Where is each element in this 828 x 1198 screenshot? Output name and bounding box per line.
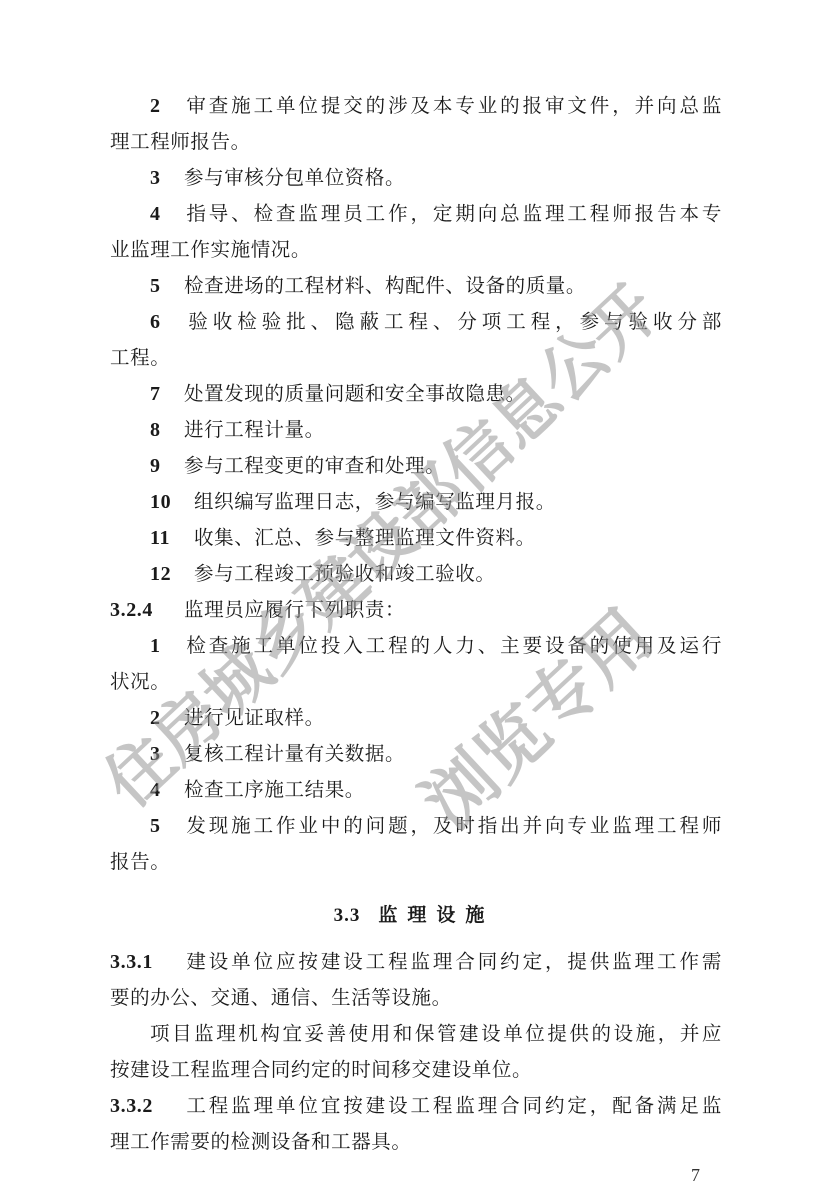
list-item: 1检查施工单位投入工程的人力、主要设备的使用及运行 <box>150 634 722 658</box>
list-item: 10组织编写监理日志，参与编写监理月报。 <box>150 490 722 514</box>
section-heading: 3.3监理设施 <box>0 900 828 927</box>
list-item: 5发现施工作业中的问题，及时指出并向专业监理工程师 <box>150 814 722 838</box>
list-item: 5检查进场的工程材料、构配件、设备的质量。 <box>150 274 722 298</box>
document-page: 2审查施工单位提交的涉及本专业的报审文件，并向总监 理工程师报告。 3参与审核分… <box>0 0 828 1198</box>
list-item: 3参与审核分包单位资格。 <box>150 166 722 190</box>
clause-3-3-1: 3.3.1建设单位应按建设工程监理合同约定，提供监理工作需 <box>110 950 722 974</box>
list-item: 2进行见证取样。 <box>150 706 722 730</box>
paragraph-continuation: 按建设工程监理合同约定的时间移交建设单位。 <box>110 1058 722 1082</box>
list-item-continuation: 报告。 <box>110 850 722 874</box>
list-item: 9参与工程变更的审查和处理。 <box>150 454 722 478</box>
clause-continuation: 要的办公、交通、通信、生活等设施。 <box>110 986 722 1010</box>
list-item: 7处置发现的质量问题和安全事故隐患。 <box>150 382 722 406</box>
list-item: 3复核工程计量有关数据。 <box>150 742 722 766</box>
paragraph: 项目监理机构宜妥善使用和保管建设单位提供的设施，并应 <box>150 1022 722 1046</box>
clause-3-3-2: 3.3.2工程监理单位宜按建设工程监理合同约定，配备满足监 <box>110 1094 722 1118</box>
list-item: 11收集、汇总、参与整理监理文件资料。 <box>150 526 722 550</box>
clause-3-2-4: 3.2.4监理员应履行下列职责： <box>110 598 722 622</box>
list-item-continuation: 工程。 <box>110 346 722 370</box>
list-item: 8进行工程计量。 <box>150 418 722 442</box>
page-number: 7 <box>691 1165 700 1186</box>
list-item: 4指导、检查监理员工作，定期向总监理工程师报告本专 <box>150 202 722 226</box>
list-item-continuation: 业监理工作实施情况。 <box>110 238 722 262</box>
list-item-continuation: 状况。 <box>110 670 722 694</box>
list-item: 6验收检验批、隐蔽工程、分项工程，参与验收分部 <box>150 310 722 334</box>
clause-continuation: 理工作需要的检测设备和工器具。 <box>110 1130 722 1154</box>
list-item: 4检查工序施工结果。 <box>150 778 722 802</box>
list-item-continuation: 理工程师报告。 <box>110 130 722 154</box>
list-item: 2审查施工单位提交的涉及本专业的报审文件，并向总监 <box>150 94 722 118</box>
list-item: 12参与工程竣工预验收和竣工验收。 <box>150 562 722 586</box>
